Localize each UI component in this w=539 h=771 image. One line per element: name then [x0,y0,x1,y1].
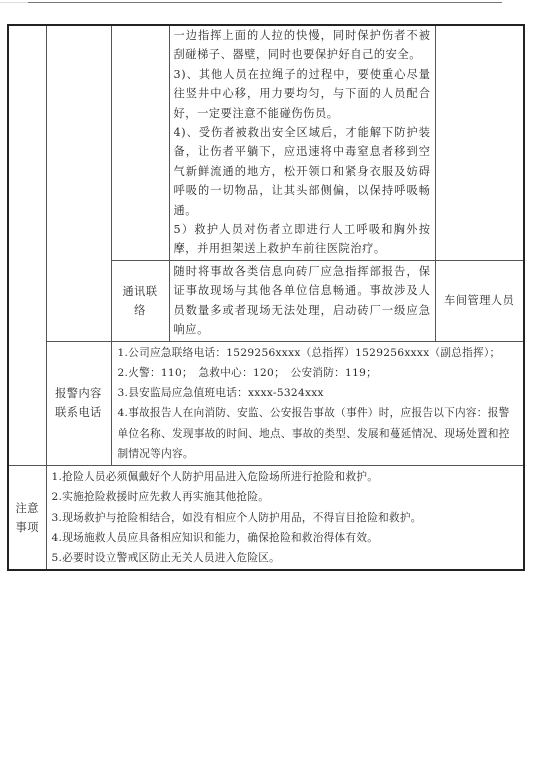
step-label-cell-empty [111,25,169,260]
notes-row: 注意 事项 1.抢险人员必须佩戴好个人防护用品进入危险场所进行抢险和救护。 2.… [8,466,524,571]
communication-label: 通讯联 络 [111,260,169,341]
alarm-label: 报警内容 联系电话 [46,341,111,465]
note-item: 2.实施抢险救援时应先救人再实施其他抢险。 [52,487,520,507]
alarm-content: 1.公司应急联络电话：1529256xxxx（总指挥）1529256xxxx（副… [111,341,524,465]
rescue-paragraph: 3)、其他人员在拉绳子的过程中，要使重心尽量往竖井中心移，用力要均匀，与下面的人… [174,65,431,123]
note-item: 4.现场施救人员应具备相应知识和能力，确保抢险和救治得体有效。 [52,528,520,548]
notes-label: 注意 事项 [8,466,46,571]
note-item: 1.抢险人员必须佩戴好个人防护用品进入危险场所进行抢险和救护。 [52,467,520,487]
rescue-steps-content: 一边指挥上面的人拉的快慢，同时保护伤者不被刮碰梯子、器壁，同时也要保护好自己的安… [169,25,435,260]
alarm-item: 2.火警：110； 急救中心：120； 公安消防：119； [118,363,520,383]
note-item: 5.必要时设立警戒区防止无关人员进入危险区。 [52,548,520,568]
communication-responsible: 车间管理人员 [435,260,524,341]
rescue-paragraph: 一边指挥上面的人拉的快慢，同时保护伤者不被刮碰梯子、器壁，同时也要保护好自己的安… [174,26,431,65]
rescue-paragraph: 5）救护人员对伤者立即进行人工呼吸和胸外按摩，并用担架送上救护车前往医院治疗。 [174,220,431,259]
page-header-rule [28,2,502,3]
page-header-rule-left [0,2,28,3]
alarm-item: 3.县安监局应急值班电话：xxxx-5324xxx [118,383,520,403]
section-cell-empty [8,25,46,466]
communication-content: 随时将事故各类信息向砖厂应急指挥部报告，保证事故现场与其他各单位信息畅通。事故涉… [169,260,435,341]
emergency-procedure-table: 一边指挥上面的人拉的快慢，同时保护伤者不被刮碰梯子、器壁，同时也要保护好自己的安… [7,24,525,571]
note-item: 3.现场救护与抢险相结合，如没有相应个人防护用品，不得盲目抢险和救护。 [52,508,520,528]
notes-content: 1.抢险人员必须佩戴好个人防护用品进入危险场所进行抢险和救护。 2.实施抢险救援… [46,466,524,571]
alarm-contact-row: 报警内容 联系电话 1.公司应急联络电话：1529256xxxx（总指挥）152… [8,341,524,465]
rescue-steps-row: 一边指挥上面的人拉的快慢，同时保护伤者不被刮碰梯子、器壁，同时也要保护好自己的安… [8,25,524,260]
rescue-paragraph: 4)、受伤者被救出安全区域后，才能解下防护装备，让伤者平躺下，应迅速将中毒窒息者… [174,123,431,220]
alarm-item: 1.公司应急联络电话：1529256xxxx（总指挥）1529256xxxx（副… [118,343,520,363]
responsible-cell-empty [435,25,524,260]
category-cell-empty [46,25,111,341]
alarm-item: 4.事故报告人在向消防、安监、公安报告事故（事件）时，应报告以下内容：报警单位名… [118,403,520,464]
